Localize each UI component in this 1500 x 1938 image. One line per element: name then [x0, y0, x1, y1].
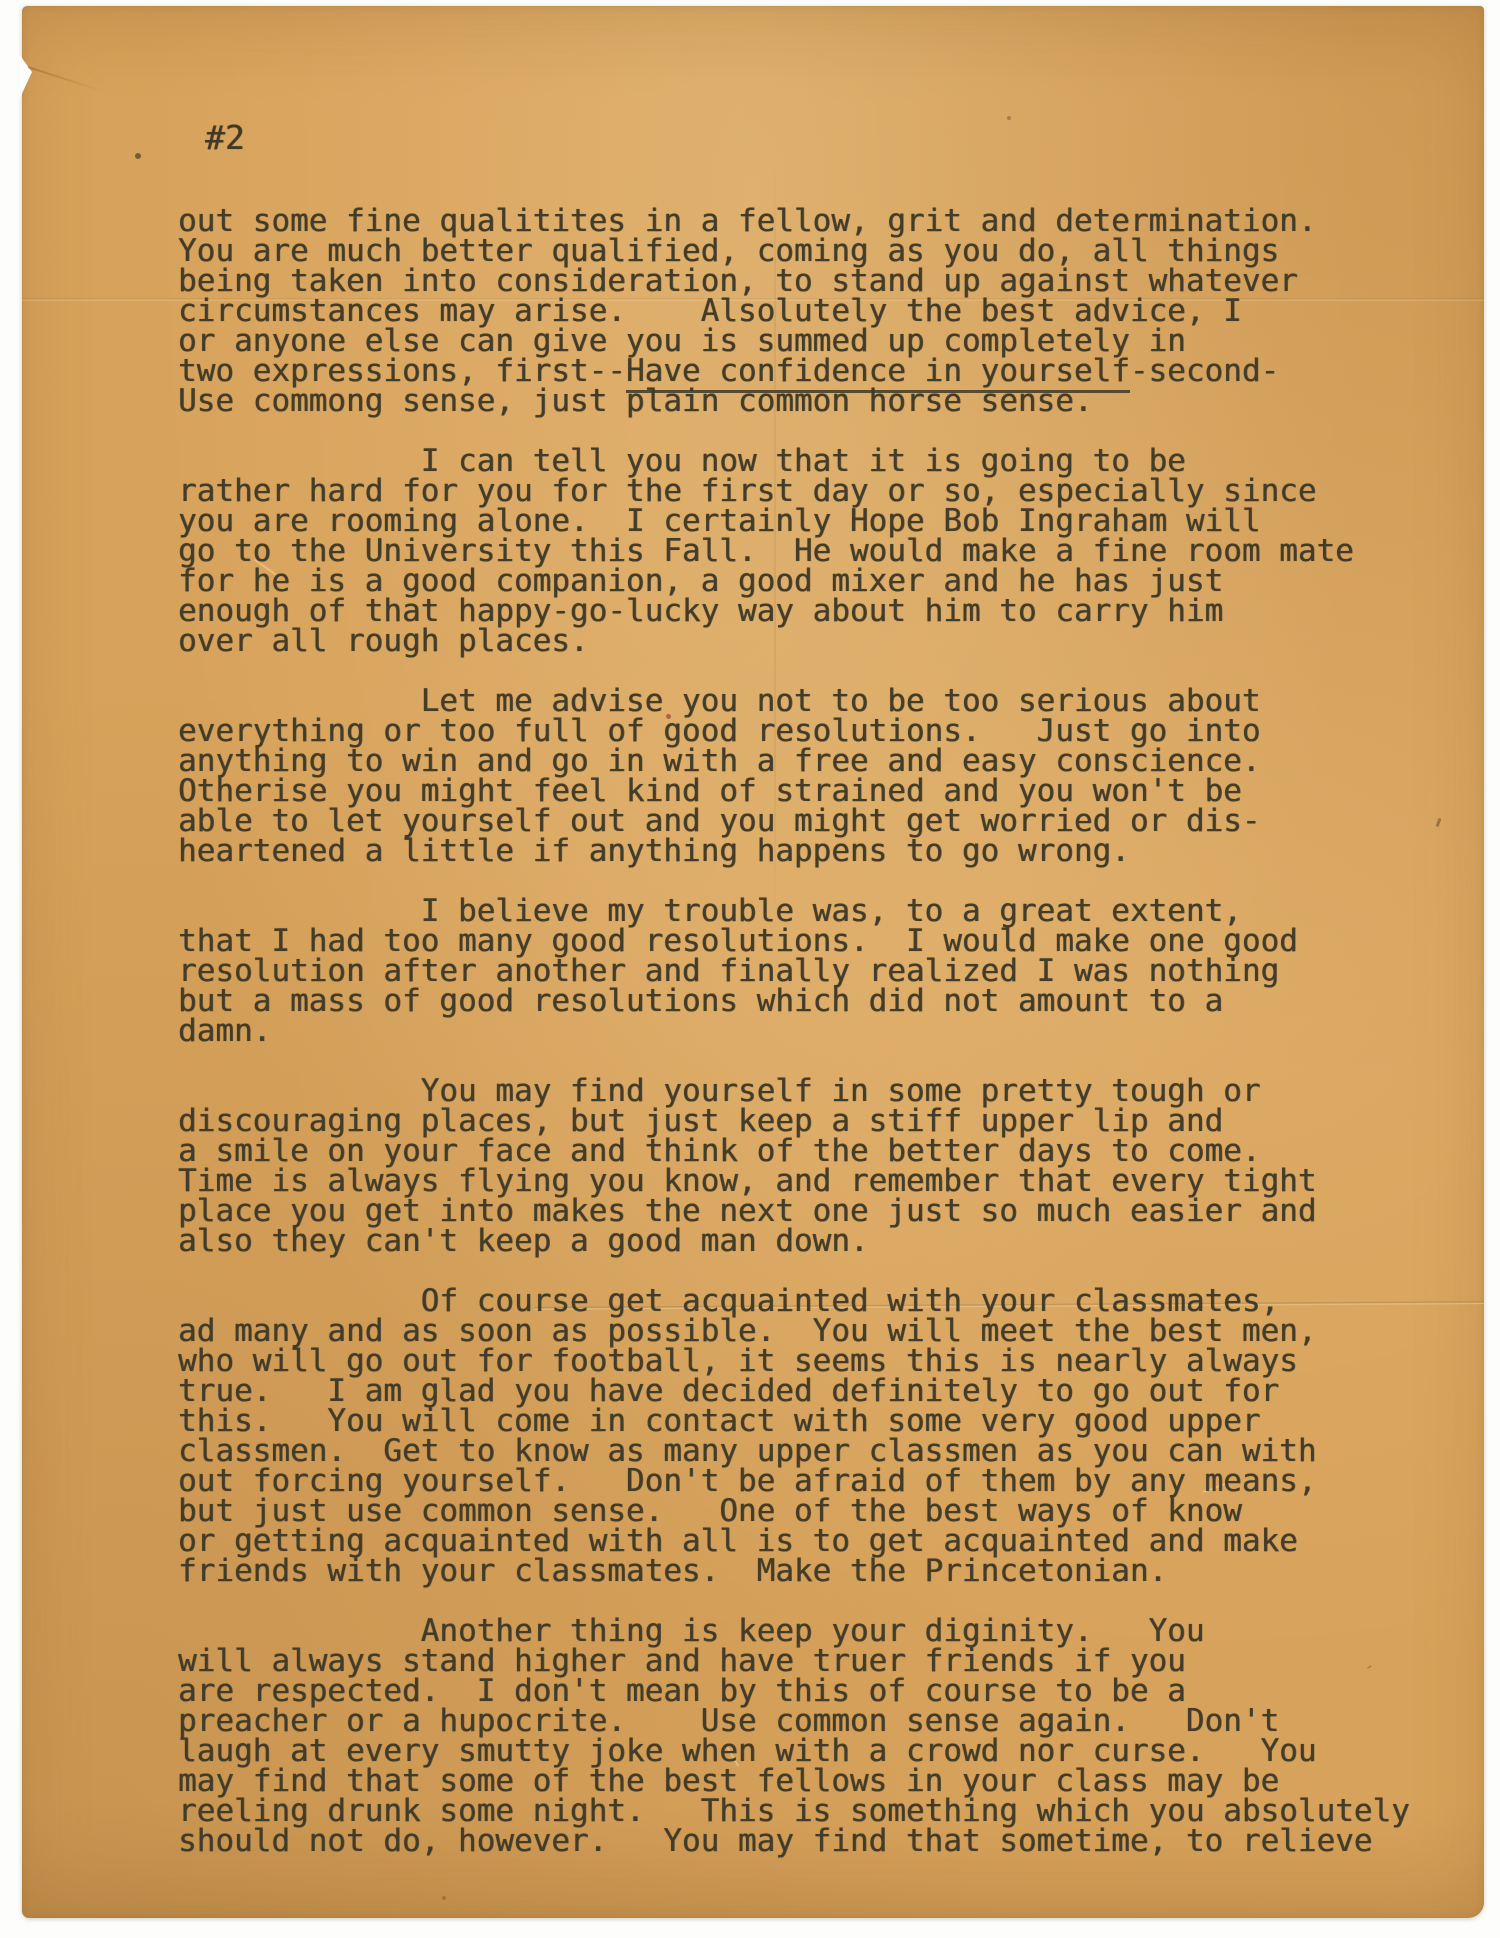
typed-line: Otherise you might feel kind of strained… [178, 776, 1468, 806]
typed-line: ad many and as soon as possible. You wil… [178, 1316, 1468, 1346]
typed-text: Use commong sense, just plain common hor… [178, 383, 1093, 419]
typed-line: rather hard for you for the first day or… [178, 476, 1468, 506]
paragraph: Another thing is keep your diginity. You… [178, 1616, 1468, 1856]
typed-text: over all rough places. [178, 623, 589, 659]
paper-speck [135, 153, 141, 159]
typed-line: friends with your classmates. Make the P… [178, 1556, 1468, 1586]
paper-speck [1007, 116, 1011, 120]
typed-line: heartened a little if anything happens t… [178, 836, 1468, 866]
typed-line: I believe my trouble was, to a great ext… [178, 896, 1468, 926]
typed-line: go to the University this Fall. He would… [178, 536, 1468, 566]
paragraph: I can tell you now that it is going to b… [178, 446, 1468, 656]
typed-text: but a mass of good resolutions which did… [178, 983, 1223, 1019]
typed-line: reeling drunk some night. This is someth… [178, 1796, 1468, 1826]
typed-line: over all rough places. [178, 626, 1468, 656]
page-number: #2 [205, 118, 245, 157]
typed-line: everything or too full of good resolutio… [178, 716, 1468, 746]
typed-line: or getting acquainted with all is to get… [178, 1526, 1468, 1556]
typed-line: circumstances may arise. Alsolutely the … [178, 296, 1468, 326]
typed-text: damn. [178, 1013, 271, 1049]
typed-line: able to let yourself out and you might g… [178, 806, 1468, 836]
paragraph: out some fine qualitites in a fellow, gr… [178, 206, 1468, 416]
typed-text: -second- [1130, 353, 1279, 389]
typed-line: for he is a good companion, a good mixer… [178, 566, 1468, 596]
typed-line: damn. [178, 1016, 1468, 1046]
torn-corner-notch [19, 54, 32, 100]
letter-paper: #2 out some fine qualitites in a fellow,… [22, 6, 1484, 1918]
typed-line: will always stand higher and have truer … [178, 1646, 1468, 1676]
typed-line: a smile on your face and think of the be… [178, 1136, 1468, 1166]
typed-line: but just use common sense. One of the be… [178, 1496, 1468, 1526]
typed-line: laugh at every smutty joke when with a c… [178, 1736, 1468, 1766]
typed-line: out forcing yourself. Don't be afraid of… [178, 1466, 1468, 1496]
typed-line: anything to win and go in with a free an… [178, 746, 1468, 776]
torn-corner-crack [28, 66, 103, 92]
typed-line: I can tell you now that it is going to b… [178, 446, 1468, 476]
paragraph: You may find yourself in some pretty tou… [178, 1076, 1468, 1256]
typed-line: You may find yourself in some pretty tou… [178, 1076, 1468, 1106]
typed-line: also they can't keep a good man down. [178, 1226, 1468, 1256]
typed-line: that I had too many good resolutions. I … [178, 926, 1468, 956]
typed-line: preacher or a hupocrite. Use common sens… [178, 1706, 1468, 1736]
typed-line: discouraging places, but just keep a sti… [178, 1106, 1468, 1136]
letter-body: out some fine qualitites in a fellow, gr… [178, 206, 1468, 1856]
typed-line: or anyone else can give you is summed up… [178, 326, 1468, 356]
typed-line: should not do, however. You may find tha… [178, 1826, 1468, 1856]
typed-line: but a mass of good resolutions which did… [178, 986, 1468, 1016]
typed-line: are respected. I don't mean by this of c… [178, 1676, 1468, 1706]
typed-text: heartened a little if anything happens t… [178, 833, 1130, 869]
typed-line: true. I am glad you have decided definit… [178, 1376, 1468, 1406]
paragraph: I believe my trouble was, to a great ext… [178, 896, 1468, 1046]
typed-line: being taken into consideration, to stand… [178, 266, 1468, 296]
typed-line: Time is always flying you know, and reme… [178, 1166, 1468, 1196]
typed-line: out some fine qualitites in a fellow, gr… [178, 206, 1468, 236]
typed-line: who will go out for football, it seems t… [178, 1346, 1468, 1376]
typed-text: also they can't keep a good man down. [178, 1223, 869, 1259]
typed-line: Let me advise you not to be too serious … [178, 686, 1468, 716]
typed-text: friends with your classmates. Make the P… [178, 1553, 1167, 1589]
paper-speck [442, 1896, 446, 1900]
typed-line: you are rooming alone. I certainly Hope … [178, 506, 1468, 536]
typed-line: You are much better qualified, coming as… [178, 236, 1468, 266]
typed-line: two expressions, first--Have confidence … [178, 356, 1468, 386]
typed-line: this. You will come in contact with some… [178, 1406, 1468, 1436]
typed-line: place you get into makes the next one ju… [178, 1196, 1468, 1226]
paragraph: Of course get acquainted with your class… [178, 1286, 1468, 1586]
typed-line: resolution after another and finally rea… [178, 956, 1468, 986]
typed-text: should not do, however. You may find tha… [178, 1823, 1372, 1859]
typed-line: may find that some of the best fellows i… [178, 1766, 1468, 1796]
typed-line: Another thing is keep your diginity. You [178, 1616, 1468, 1646]
typed-line: Use commong sense, just plain common hor… [178, 386, 1468, 416]
paragraph: Let me advise you not to be too serious … [178, 686, 1468, 866]
typed-line: classmen. Get to know as many upper clas… [178, 1436, 1468, 1466]
typed-line: Of course get acquainted with your class… [178, 1286, 1468, 1316]
typed-line: enough of that happy-go-lucky way about … [178, 596, 1468, 626]
